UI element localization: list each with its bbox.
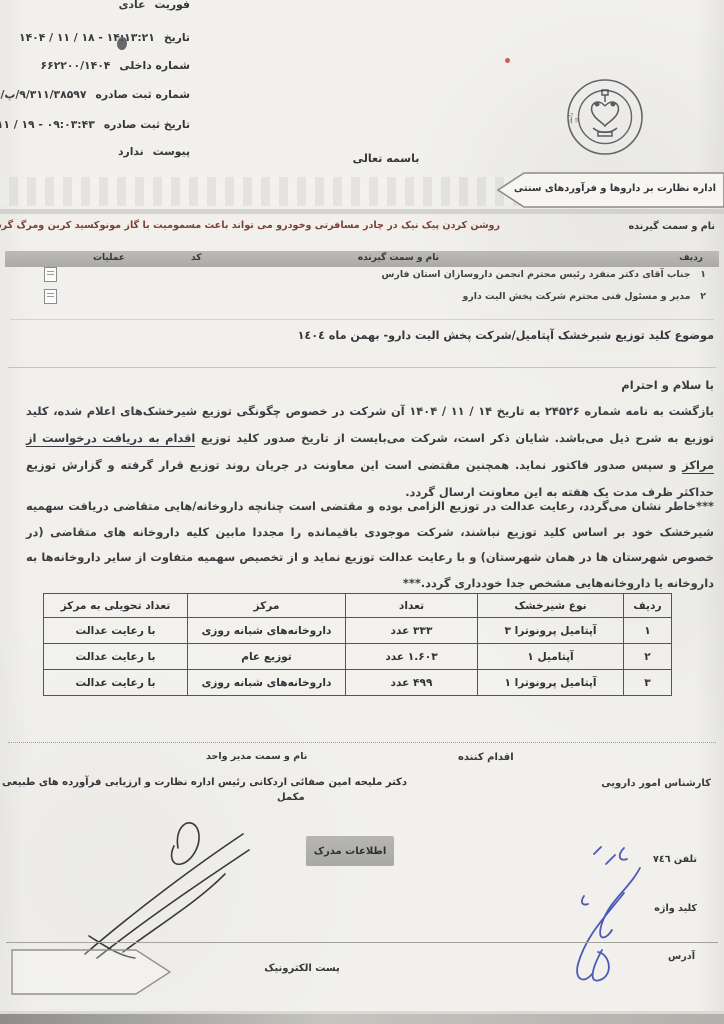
recipients-header-code: کد xyxy=(191,253,201,263)
cell-quantity: ۱.۶۰۳ عدد xyxy=(346,644,478,670)
basmala: باسمه تعالی xyxy=(320,152,452,165)
red-ink-dot xyxy=(505,58,510,63)
recipient-row: ۱ جناب آقای دکتر منفرد رئیس محترم انجمن … xyxy=(381,269,706,280)
document-info-label: اطلاعات مدرک xyxy=(314,846,387,857)
meta-label: تاریخ xyxy=(164,31,190,44)
scan-edge-shadow xyxy=(0,1014,724,1024)
cell-milk-type: آپتامیل پرونوترا ۳ xyxy=(478,618,624,644)
cell-center: داروخانه‌های شبانه روزی xyxy=(188,618,346,644)
col-header-center: مرکز xyxy=(188,594,346,618)
meta-row-attachment: پیوست ندارد xyxy=(118,145,190,158)
address-label: آدرس xyxy=(668,951,695,962)
cell-center: توزیع عام xyxy=(188,644,346,670)
recipients-header-row: ردیف xyxy=(679,253,703,263)
cell-row-number: ۱ xyxy=(624,618,672,644)
department-banner-label: اداره نظارت بر داروها و فرآوردهای سنتی xyxy=(520,183,716,194)
manager-title-label: نام و سمت مدیر واحد xyxy=(206,751,307,762)
cell-delivered: با رعایت عدالت xyxy=(44,644,188,670)
ink-smudge xyxy=(117,37,127,50)
salutation: با سلام و احترام xyxy=(621,378,714,392)
subject-line: موضوع کلید توزیع شیرخشک آپتامیل/شرکت پخش… xyxy=(298,329,714,342)
recipients-header-name: نام و سمت گیرنده xyxy=(358,253,439,263)
paragraph-text: و سپس صدور فاکتور نماید. همچنین مقتضی اس… xyxy=(26,458,714,499)
table-row: ۲ آپتامیل ۱ ۱.۶۰۳ عدد توزیع عام با رعایت… xyxy=(44,644,672,670)
seal-farsi-arc-text: دانشگاه علوم پزشکی و خدمات بهداشتی درمان… xyxy=(564,76,575,124)
cell-delivered: با رعایت عدالت xyxy=(44,670,188,696)
row-action-note-icon xyxy=(44,267,57,282)
recipient-name: جناب آقای دکتر منفرد رئیس محترم انجمن دا… xyxy=(381,269,690,280)
meta-value: ۱۴۰۴ / ۱۱ / ۱۹ - ۰۹:۰۳:۴۳ xyxy=(0,118,95,131)
cell-quantity: ۴۹۹ عدد xyxy=(346,670,478,696)
meta-row-date: تاریخ ۱۴۰۴ / ۱۱ / ۱۸ - ۱۴:۱۳:۲۱ xyxy=(19,31,190,44)
row-action-note-icon xyxy=(44,289,57,304)
manager-name-line2: مکمل xyxy=(277,792,305,803)
col-header-quantity: تعداد xyxy=(346,594,478,618)
meta-value: ۶۶۲۲۰۰/۱۴۰۴ xyxy=(41,59,111,72)
cell-center: داروخانه‌های شبانه روزی xyxy=(188,670,346,696)
body-paragraph-1: بازگشت به نامه شماره ۲۴۵۲۶ به تاریخ ۱۴ /… xyxy=(26,398,714,506)
body-paragraph-2: ***خاطر نشان می‌گردد، رعایت عدالت در توز… xyxy=(26,494,714,596)
email-banner-arrow xyxy=(10,948,180,996)
meta-value: ۱۴۰۴ / ۱۱ / ۱۸ - ۱۴:۱۳:۲۱ xyxy=(19,31,155,44)
meta-label: شماره ثبت صادره xyxy=(95,88,190,101)
recipient-row: ۲ مدیر و مسئول فنی محترم شرکت پخش الیت د… xyxy=(463,291,706,302)
paragraph-text: ***خاطر نشان می‌گردد، رعایت عدالت در توز… xyxy=(26,499,714,590)
recipient-number: ۲ xyxy=(700,291,706,302)
seal-emblem xyxy=(592,90,619,136)
meta-value: ندارد xyxy=(118,145,144,158)
actor-role: کارشناس امور دارویی xyxy=(601,778,711,789)
col-header-row-number: ردیف xyxy=(624,594,672,618)
svg-text:دانشگاه علوم پزشکی و خدمات بهد: دانشگاه علوم پزشکی و خدمات بهداشتی درمان… xyxy=(564,76,575,124)
email-label: پست الکترونیک xyxy=(242,963,362,974)
meta-row-registration-date: تاریخ ثبت صادره ۱۴۰۴ / ۱۱ / ۱۹ - ۰۹:۰۳:۴… xyxy=(0,118,190,131)
recipient-number: ۱ xyxy=(700,269,706,280)
col-header-delivered: تعداد تحویلی به مرکز xyxy=(44,594,188,618)
meta-value: ص‎/۱۴۰۴/‎پ‎/۹/۳۱۱/۳۸۵۹۷ xyxy=(0,88,86,101)
divider-line xyxy=(8,742,716,743)
cell-milk-type: آپتامیل پرونوترا ۱ xyxy=(478,670,624,696)
meta-row-urgency: فوریت عادی xyxy=(119,0,190,11)
university-seal-logo: دانشگاه علوم پزشکی و خدمات بهداشتی درمان… xyxy=(564,76,646,158)
meta-label: فوریت xyxy=(154,0,190,11)
blue-pen-annotation xyxy=(528,838,668,993)
cell-delivered: با رعایت عدالت xyxy=(44,618,188,644)
meta-value: عادی xyxy=(119,0,146,11)
table-header-row: ردیف نوع شیرخشک تعداد مرکز تعداد تحویلی … xyxy=(44,594,672,618)
actor-label: اقدام کننده xyxy=(458,752,514,763)
safety-notice-text: روشن کردن پیک نیک در چادر مسافرتی وخودرو… xyxy=(100,220,500,231)
recipient-section-label: نام و سمت گیرنده xyxy=(628,221,715,232)
manager-name-line1: دکتر ملیحه امین صفائی اردکانی رئیس اداره… xyxy=(35,777,407,788)
meta-label: شماره داخلی xyxy=(119,59,190,72)
cell-milk-type: آپتامیل ۱ xyxy=(478,644,624,670)
col-header-milk-type: نوع شیرخشک xyxy=(478,594,624,618)
distribution-table: ردیف نوع شیرخشک تعداد مرکز تعداد تحویلی … xyxy=(43,593,672,696)
meta-row-registration-number: شماره ثبت صادره ص‎/۱۴۰۴/‎پ‎/۹/۳۱۱/۳۸۵۹۷ xyxy=(0,88,190,101)
document-info-box: اطلاعات مدرک xyxy=(306,836,394,866)
table-row: ۳ آپتامیل پرونوترا ۱ ۴۹۹ عدد داروخانه‌ها… xyxy=(44,670,672,696)
meta-label: پیوست xyxy=(153,145,190,158)
table-row: ۱ آپتامیل پرونوترا ۳ ۳۳۳ عدد داروخانه‌ها… xyxy=(44,618,672,644)
recipients-header-actions: عملیات xyxy=(93,253,125,263)
divider-line xyxy=(6,942,718,943)
cell-row-number: ۳ xyxy=(624,670,672,696)
divider-line xyxy=(10,319,714,320)
divider-line xyxy=(8,367,716,368)
recipients-header-strip: ردیف نام و سمت گیرنده کد عملیات xyxy=(5,251,719,267)
cell-row-number: ۲ xyxy=(624,644,672,670)
recipient-name: مدیر و مسئول فنی محترم شرکت پخش الیت دار… xyxy=(463,291,691,302)
scanned-letter-page: فوریت عادی تاریخ ۱۴۰۴ / ۱۱ / ۱۸ - ۱۴:۱۳:… xyxy=(0,0,724,1024)
meta-label: تاریخ ثبت صادره xyxy=(104,118,190,131)
meta-row-internal-number: شماره داخلی ۶۶۲۲۰۰/۱۴۰۴ xyxy=(41,59,190,72)
cell-quantity: ۳۳۳ عدد xyxy=(346,618,478,644)
